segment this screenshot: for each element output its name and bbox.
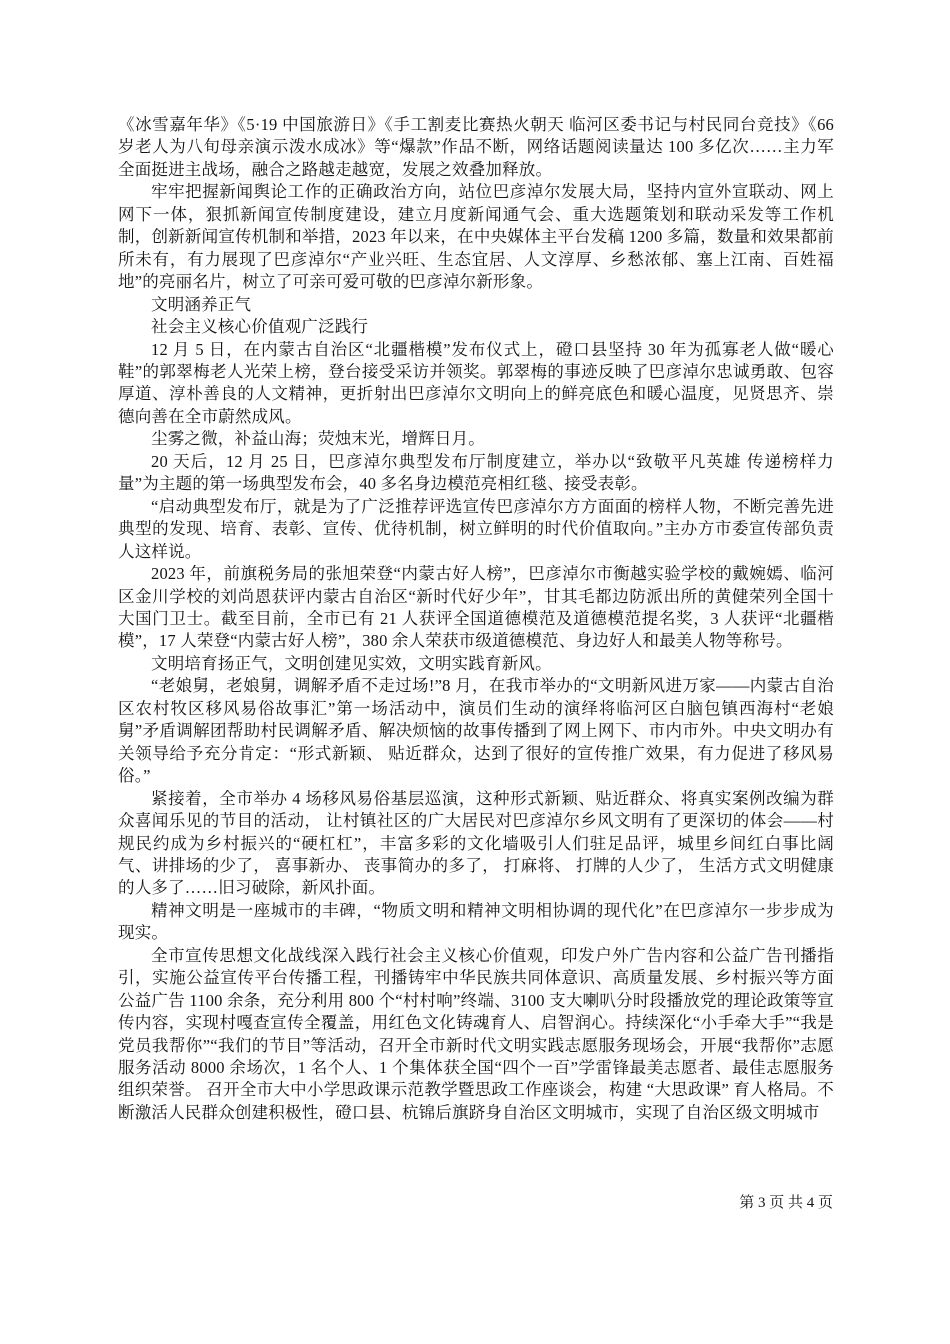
- section-subheading: 社会主义核心价值观广泛践行: [118, 316, 834, 338]
- paragraph: 牢牢把握新闻舆论工作的正确政治方向，站位巴彦淖尔发展大局，坚持内宣外宣联动、网上…: [118, 181, 834, 293]
- document-page: 《冰雪嘉年华》《5·19 中国旅游日》《手工割麦比赛热火朝天 临河区委书记与村民…: [0, 0, 950, 1344]
- paragraph: 20 天后，12 月 25 日，巴彦淖尔典型发布厅制度建立，举办以“致敬平凡英雄…: [118, 451, 834, 496]
- paragraph: 紧接着，全市举办 4 场移风易俗基层巡演，这种形式新颖、贴近群众、将真实案例改编…: [118, 788, 834, 900]
- page-footer: 第 3 页 共 4 页: [739, 1193, 833, 1213]
- page-number-label: 第 3 页 共 4 页: [739, 1195, 833, 1211]
- paragraph: 2023 年，前旗税务局的张旭荣登“内蒙古好人榜”，巴彦淖尔市衡越实验学校的戴婉…: [118, 563, 834, 653]
- paragraph: 《冰雪嘉年华》《5·19 中国旅游日》《手工割麦比赛热火朝天 临河区委书记与村民…: [118, 114, 834, 181]
- paragraph: 尘雾之微，补益山海；荧烛末光，增辉日月。: [118, 428, 834, 450]
- paragraph: 12 月 5 日，在内蒙古自治区“北疆楷模”发布仪式上，磴口县坚持 30 年为孤…: [118, 339, 834, 429]
- paragraph: 精神文明是一座城市的丰碑，“物质文明和精神文明相协调的现代化”在巴彦淖尔一步步成…: [118, 900, 834, 945]
- paragraph: 文明培育扬正气，文明创建见实效，文明实践育新风。: [118, 653, 834, 675]
- paragraph: 全市宣传思想文化战线深入践行社会主义核心价值观，印发户外广告内容和公益广告刊播指…: [118, 945, 834, 1125]
- paragraph: “启动典型发布厅，就是为了广泛推荐评选宣传巴彦淖尔方方面面的榜样人物，不断完善先…: [118, 496, 834, 563]
- document-body: 《冰雪嘉年华》《5·19 中国旅游日》《手工割麦比赛热火朝天 临河区委书记与村民…: [118, 114, 834, 1124]
- section-heading: 文明涵养正气: [118, 294, 834, 316]
- paragraph: “老娘舅，老娘舅，调解矛盾不走过场!”8 月，在我市举办的“文明新风进万家——内…: [118, 675, 834, 787]
